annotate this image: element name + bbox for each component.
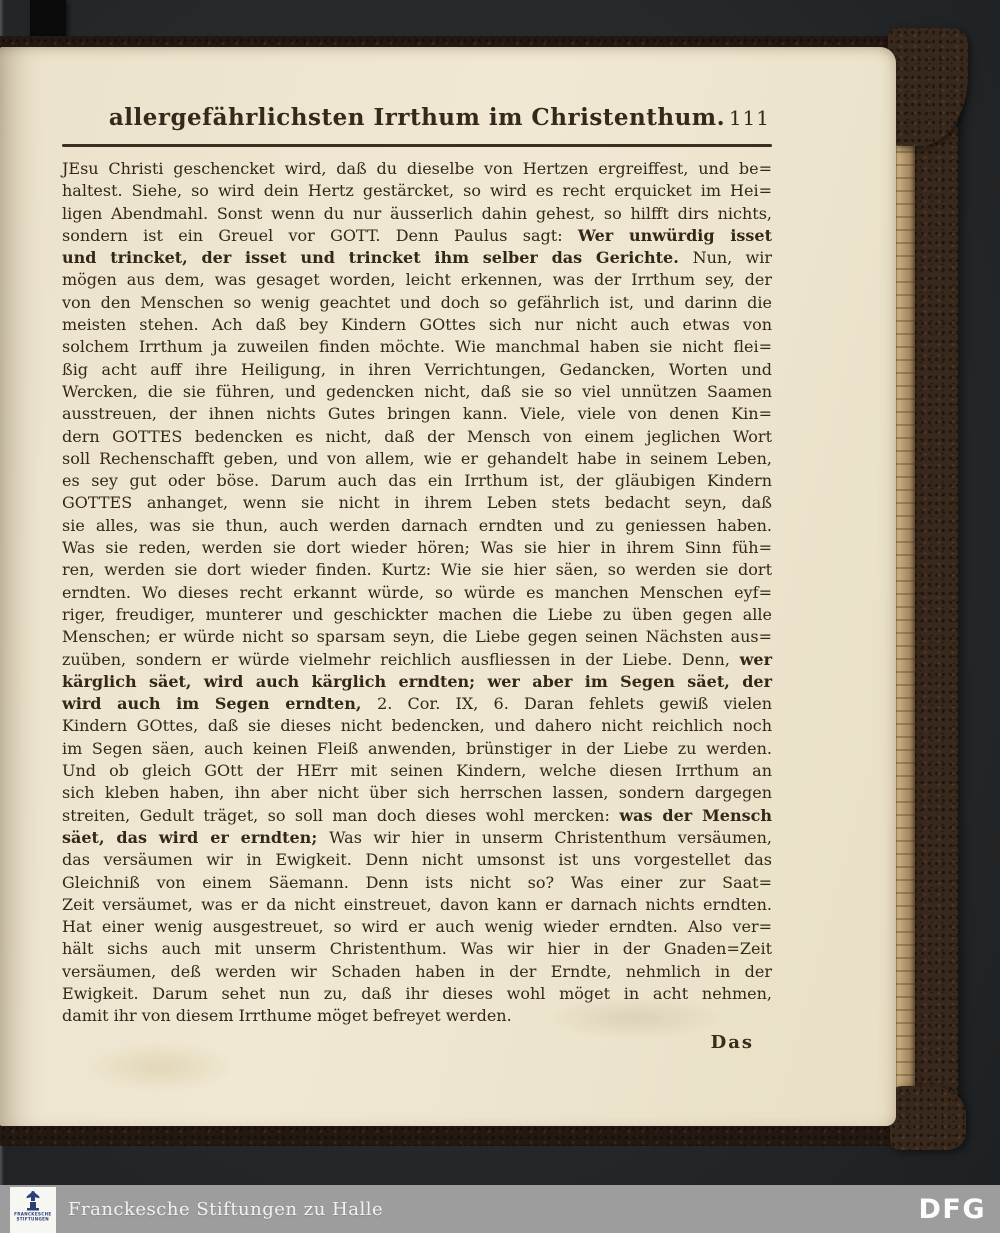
book-cover-right bbox=[912, 40, 958, 1142]
body-line: ßig acht auff ihre Heiligung, in ihren V… bbox=[62, 359, 772, 381]
body-line: das versäumen wir in Ewigkeit. Denn nich… bbox=[62, 849, 772, 871]
book-cover-corner-bottom-right bbox=[890, 1086, 966, 1150]
body-line: mögen aus dem, was gesaget worden, leich… bbox=[62, 269, 772, 291]
body-line: versäumen, deß werden wir Schaden haben … bbox=[62, 961, 772, 983]
body-line: streiten, Gedult träget, so soll man doc… bbox=[62, 805, 772, 827]
dfg-logo: DFG bbox=[918, 1194, 986, 1225]
body-line: ren, werden sie dort wieder finden. Kurt… bbox=[62, 559, 772, 581]
body-line: GOTTES anhanget, wenn sie nicht in ihrem… bbox=[62, 492, 772, 514]
body-line: Und ob gleich GOtt der HErr mit seinen K… bbox=[62, 760, 772, 782]
body-line: soll Rechenschafft geben, und von allem,… bbox=[62, 448, 772, 470]
body-line: Was sie reden, werden sie dort wieder hö… bbox=[62, 537, 772, 559]
body-line: von den Menschen so wenig geachtet und d… bbox=[62, 292, 772, 314]
body-line: säet, das wird er erndten; Was wir hier … bbox=[62, 827, 772, 849]
body-line: hält sichs auch mit unserm Christenthum.… bbox=[62, 938, 772, 960]
running-header-title: allergefährlichsten Irrthum im Christent… bbox=[62, 104, 772, 131]
catchword: Das bbox=[711, 1032, 754, 1053]
body-line: JEsu Christi geschencket wird, daß du di… bbox=[62, 158, 772, 180]
body-line: wird auch im Segen erndten, 2. Cor. IX, … bbox=[62, 693, 772, 715]
body-line: damit ihr von diesem Irrthume möget befr… bbox=[62, 1005, 772, 1027]
running-header-row: allergefährlichsten Irrthum im Christent… bbox=[62, 104, 772, 136]
body-line: ligen Abendmahl. Sonst wenn du nur äusse… bbox=[62, 203, 772, 225]
body-line: riger, freudiger, munterer und geschickt… bbox=[62, 604, 772, 626]
body-line: sich kleben haben, ihn aber nicht über s… bbox=[62, 782, 772, 804]
body-line: im Segen säen, auch keinen Fleiß anwende… bbox=[62, 738, 772, 760]
body-line: sie alles, was sie thun, auch werden dar… bbox=[62, 515, 772, 537]
body-line: und trincket, der isset und trincket ihm… bbox=[62, 247, 772, 269]
header-rule bbox=[62, 144, 772, 147]
book-cover-bottom-edge bbox=[0, 1124, 950, 1146]
body-line: dern GOTTES bedencken es nicht, daß der … bbox=[62, 426, 772, 448]
page-number: 111 bbox=[729, 106, 770, 130]
body-line: zuüben, sondern er würde vielmehr reichl… bbox=[62, 649, 772, 671]
catchword-row: Das bbox=[62, 1032, 772, 1053]
fs-logo-text: FRANCKESCHE STIFTUNGEN bbox=[14, 1213, 51, 1222]
body-line: Gleichniß von einem Säemann. Denn ists n… bbox=[62, 872, 772, 894]
book-page: allergefährlichsten Irrthum im Christent… bbox=[0, 47, 896, 1126]
body-line: Hat einer wenig ausgestreuet, so wird er… bbox=[62, 916, 772, 938]
institution-name: Franckesche Stiftungen zu Halle bbox=[68, 1199, 383, 1220]
body-line: erndten. Wo dieses recht erkannt würde, … bbox=[62, 582, 772, 604]
body-line: Kindern GOttes, daß sie dieses nicht bed… bbox=[62, 715, 772, 737]
body-line: Menschen; er würde nicht so sparsam seyn… bbox=[62, 626, 772, 648]
body-line: ausstreuen, der ihnen nichts Gutes bring… bbox=[62, 403, 772, 425]
body-line: Zeit versäumet, was er da nicht einstreu… bbox=[62, 894, 772, 916]
body-text: JEsu Christi geschencket wird, daß du di… bbox=[62, 158, 772, 1028]
body-line: Wercken, die sie führen, und gedencken n… bbox=[62, 381, 772, 403]
fs-eagle-emblem-icon bbox=[22, 1189, 44, 1213]
body-line: Ewigkeit. Darum sehet nun zu, daß ihr di… bbox=[62, 983, 772, 1005]
body-line: haltest. Siehe, so wird dein Hertz gestä… bbox=[62, 180, 772, 202]
body-line: es sey gut oder böse. Darum auch das ein… bbox=[62, 470, 772, 492]
fs-logo: FRANCKESCHE STIFTUNGEN bbox=[10, 1187, 56, 1233]
body-line: meisten stehen. Ach daß bey Kindern GOtt… bbox=[62, 314, 772, 336]
scan-viewport: allergefährlichsten Irrthum im Christent… bbox=[0, 0, 1000, 1233]
footer-bar: FRANCKESCHE STIFTUNGEN Franckesche Stift… bbox=[0, 1185, 1000, 1233]
body-line: sondern ist ein Greuel vor GOTT. Denn Pa… bbox=[62, 225, 772, 247]
body-line: solchem Irrthum ja zuweilen finden möcht… bbox=[62, 336, 772, 358]
body-line: kärglich säet, wird auch kärglich erndte… bbox=[62, 671, 772, 693]
